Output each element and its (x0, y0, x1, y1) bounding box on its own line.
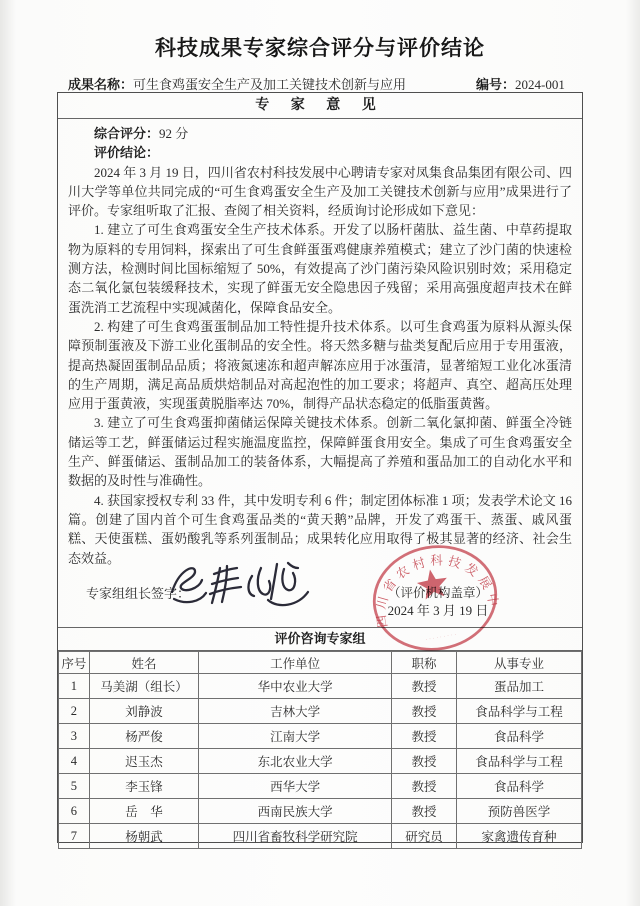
opinion-content: 综合评分：92 分 评价结论： 2024 年 3 月 19 日，四川省农村科技发… (58, 119, 582, 627)
opinion-section-header: 专 家 意 见 (58, 93, 582, 119)
achievement-name: 成果名称：可生食鸡蛋安全生产及加工关键技术创新与应用 (68, 74, 406, 93)
handwritten-signature (164, 556, 324, 618)
overall-score-label: 综合评分： (94, 126, 159, 141)
expert-cell: 杨朝武 (89, 824, 198, 849)
expert-cell: 预防兽医学 (456, 799, 581, 824)
expert-cell: 教授 (392, 774, 457, 799)
experts-column-header: 姓名 (89, 652, 198, 674)
expert-row: 3杨严俊江南大学教授食品科学 (59, 724, 582, 749)
opinion-paragraph: 2. 构建了可生食鸡蛋蛋制品加工特性提升技术体系。以可生食鸡蛋为原料从源头保障预… (68, 317, 572, 413)
opinion-text-block: 综合评分：92 分 评价结论： 2024 年 3 月 19 日，四川省农村科技发… (68, 124, 572, 570)
experts-column-header: 工作单位 (199, 652, 392, 674)
expert-cell: 食品科学与工程 (456, 749, 581, 774)
expert-cell: 教授 (392, 724, 457, 749)
opinion-paragraph: 1. 建立了可生食鸡蛋安全生产技术体系。开发了以肠杆菌肽、益生菌、中草药提取物为… (68, 220, 572, 316)
expert-cell: 四川省畜牧科学研究院 (199, 824, 392, 849)
document-code-label: 编号： (476, 77, 515, 92)
expert-row: 5李玉锋西华大学教授食品科学 (59, 774, 582, 799)
overall-score-value: 92 分 (159, 126, 188, 141)
expert-cell: 教授 (392, 674, 457, 699)
expert-cell: 蛋品加工 (456, 674, 581, 699)
experts-section-header: 评价咨询专家组 (58, 627, 582, 651)
opinion-paragraph: 2024 年 3 月 19 日，四川省农村科技发展中心聘请专家对凤集食品集团有限… (68, 163, 572, 221)
achievement-name-value: 可生食鸡蛋安全生产及加工关键技术创新与应用 (133, 77, 406, 92)
experts-table-body: 1马美湖（组长）华中农业大学教授蛋品加工2刘静波吉林大学教授食品科学与工程3杨严… (59, 674, 582, 849)
expert-cell: 教授 (392, 749, 457, 774)
expert-cell: 4 (59, 749, 90, 774)
expert-cell: 7 (59, 824, 90, 849)
opinion-paragraph: 3. 建立了可生食鸡蛋抑菌储运保障关键技术体系。创新二氧化氯抑菌、鲜蛋全冷链储运… (68, 413, 572, 490)
expert-cell: 研究员 (392, 824, 457, 849)
experts-column-header: 职称 (392, 652, 457, 674)
expert-cell: 岳 华 (89, 799, 198, 824)
scanned-document-page: { "page": { "title": "科技成果专家综合评分与评价结论", … (0, 0, 640, 906)
expert-cell: 华中农业大学 (199, 674, 392, 699)
expert-cell: 教授 (392, 799, 457, 824)
expert-cell: 马美湖（组长） (89, 674, 198, 699)
expert-cell: 1 (59, 674, 90, 699)
document-code-value: 2024-001 (515, 77, 565, 92)
expert-cell: 江南大学 (199, 724, 392, 749)
expert-row: 1马美湖（组长）华中农业大学教授蛋品加工 (59, 674, 582, 699)
stamp-note-block: （评价机构盖章） 2024 年 3 月 19 日 (352, 584, 524, 620)
expert-cell: 李玉锋 (89, 774, 198, 799)
main-form-box: 专 家 意 见 综合评分：92 分 评价结论： 2024 年 3 月 19 日，… (57, 92, 583, 843)
signature-area: 专家组组长签字： （ (68, 570, 572, 627)
experts-table-header-row: 序号姓名工作单位职称从事专业 (59, 652, 582, 674)
document-code: 编号：2024-001 (476, 74, 565, 93)
expert-cell: 刘静波 (89, 699, 198, 724)
stamp-note: （评价机构盖章） (352, 584, 524, 602)
opinion-paragraphs: 2024 年 3 月 19 日，四川省农村科技发展中心聘请专家对凤集食品集团有限… (68, 163, 572, 570)
expert-cell: 食品科学与工程 (456, 699, 581, 724)
experts-column-header: 序号 (59, 652, 90, 674)
expert-cell: 西华大学 (199, 774, 392, 799)
experts-table: 序号姓名工作单位职称从事专业 1马美湖（组长）华中农业大学教授蛋品加工2刘静波吉… (58, 651, 582, 849)
expert-cell: 教授 (392, 699, 457, 724)
expert-row: 2刘静波吉林大学教授食品科学与工程 (59, 699, 582, 724)
expert-cell: 6 (59, 799, 90, 824)
expert-cell: 东北农业大学 (199, 749, 392, 774)
expert-cell: 西南民族大学 (199, 799, 392, 824)
expert-cell: 家禽遗传育种 (456, 824, 581, 849)
expert-row: 4迟玉杰东北农业大学教授食品科学与工程 (59, 749, 582, 774)
evaluation-date: 2024 年 3 月 19 日 (352, 602, 524, 620)
expert-cell: 食品科学 (456, 774, 581, 799)
expert-cell: 3 (59, 724, 90, 749)
conclusion-label: 评价结论： (68, 143, 572, 162)
expert-cell: 食品科学 (456, 724, 581, 749)
page-title: 科技成果专家综合评分与评价结论 (0, 32, 640, 62)
expert-cell: 吉林大学 (199, 699, 392, 724)
expert-cell: 5 (59, 774, 90, 799)
achievement-name-label: 成果名称： (68, 77, 133, 92)
expert-cell: 杨严俊 (89, 724, 198, 749)
expert-cell: 2 (59, 699, 90, 724)
expert-row: 6岳 华西南民族大学教授预防兽医学 (59, 799, 582, 824)
experts-column-header: 从事专业 (456, 652, 581, 674)
expert-cell: 迟玉杰 (89, 749, 198, 774)
expert-row: 7杨朝武四川省畜牧科学研究院研究员家禽遗传育种 (59, 824, 582, 849)
overall-score-line: 综合评分：92 分 (68, 124, 572, 143)
